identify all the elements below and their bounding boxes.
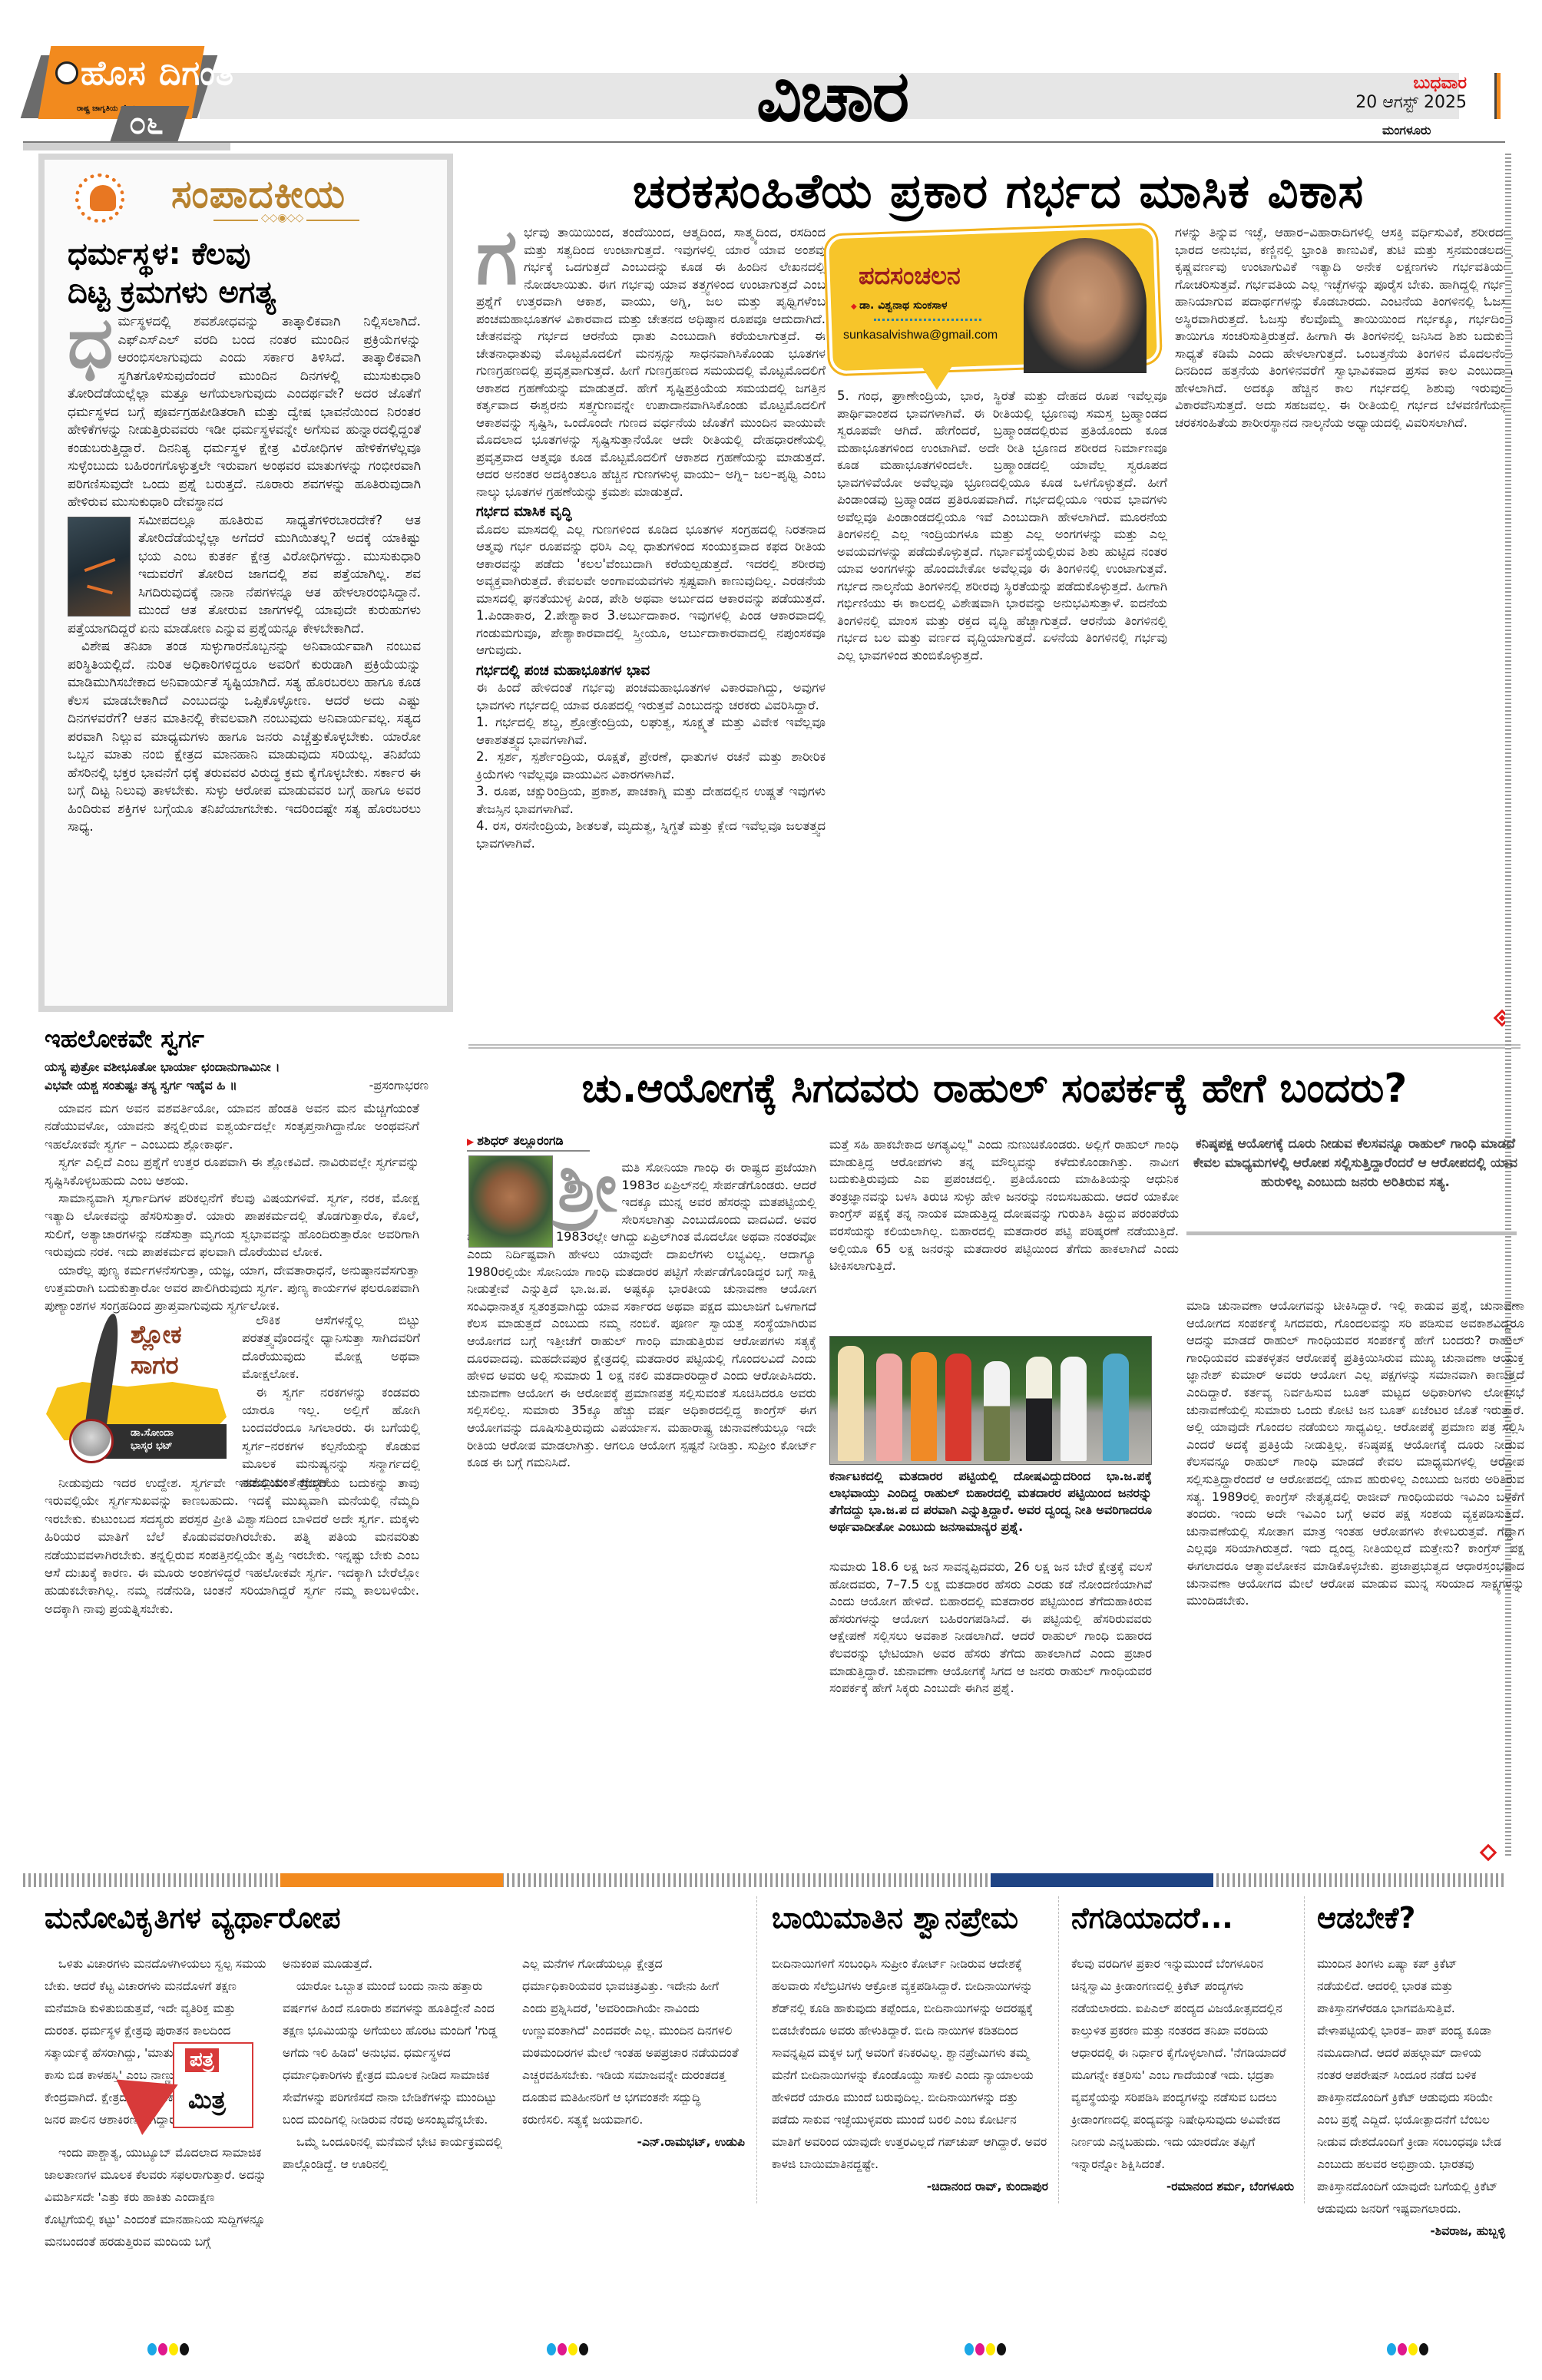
- masked-man-photo: [68, 517, 131, 616]
- article-para: ಗಳನ್ನು ತಿನ್ನುವ ಇಚ್ಛೆ, ಆಹಾರ–ವಿಹಾರಾದಿಗಳಲ್ಲ…: [1175, 224, 1513, 431]
- editorial-para: ವಿಶೇಷ ತನಿಖಾ ತಂಡ ಸುಳ್ಳುಗಾರನೊಬ್ಬನನ್ನು ಅನಿವ…: [68, 639, 421, 835]
- letter-title[interactable]: ಮನೋವಿಕೃತಿಗಳ ವ್ಯರ್ಥಾರೋಪ: [45, 1901, 340, 1935]
- editorial-body: ಧ ರ್ಮಸ್ಥಳದಲ್ಲಿ ಶವಶೋಧವನ್ನು ತಾತ್ಕಾಲಿಕವಾಗಿ …: [68, 313, 421, 837]
- masthead: ಹೊಸ ದಿಗಂತ ರಾಷ್ಟ್ರ ಜಾಗೃತಿಯ ದೈನಿಕ ೦೬ ವಿಚಾರ…: [0, 0, 1542, 146]
- column-divider: [1304, 1896, 1305, 2203]
- rahul-column-2: ಮತ್ತೆ ಸಹಿ ಹಾಕಬೇಕಾದ ಅಗತ್ಯವಿಲ್ಲ" ಎಂದು ನುಣು…: [829, 1136, 1179, 1275]
- column-divider: [756, 1896, 757, 2203]
- list-item: 2. ಸ್ಪರ್ಶ, ಸ್ಪರ್ಶೇಂದ್ರಿಯ, ರೂಕ್ಷತೆ, ಪ್ರೇರ…: [476, 749, 826, 783]
- page-number: ೦೬: [129, 106, 164, 141]
- article-column-1: ಗ ರ್ಭವು ತಾಯಿಯಿಂದ, ತಂದೆಯಿಂದ, ಆತ್ಮದಿಂದ, ಸಾ…: [476, 224, 826, 852]
- editorial-emblem-icon: [75, 174, 124, 223]
- masthead-graybar: [23, 143, 230, 150]
- newspaper-logo[interactable]: ಹೊಸ ದಿಗಂತ: [81, 54, 234, 93]
- shloka-side-column: ಲೌಕಿಕ ಆಸೆಗಳನ್ನೆಲ್ಲ ಬಿಟ್ಟು ಪರತತ್ತ್ವವೊಂದನ್…: [242, 1311, 420, 1491]
- shloka-para: ಲೌಕಿಕ ಆಸೆಗಳನ್ನೆಲ್ಲ ಬಿಟ್ಟು ಪರತತ್ತ್ವವೊಂದನ್…: [242, 1311, 420, 1383]
- columnist-email-link[interactable]: sunkasalvishwa@gmail.com: [843, 329, 998, 342]
- author-avatar: [69, 1419, 114, 1463]
- photo-caption: ಕರ್ನಾಟಕದಲ್ಲಿ ಮತದಾರರ ಪಟ್ಟಿಯಲ್ಲಿ ದೋಷವಿದ್ದು…: [829, 1468, 1152, 1535]
- shloka-para: ನೀಡುವುದು ಇದರ ಉದ್ದೇಶ. ಸ್ವರ್ಗವೇ ಇಹದಲ್ಲಿಯೇ …: [45, 1474, 419, 1618]
- article-column-2: 5. ಗಂಧ, ಘ್ರಾಣೇಂದ್ರಿಯ, ಭಾರ, ಸ್ಥಿರತೆ ಮತ್ತು…: [837, 388, 1167, 664]
- column-divider: [1058, 1896, 1059, 2203]
- registration-marks: [1387, 2343, 1428, 2355]
- byline: ಶಶಿಧರ್ ತಲ್ಲೂರಂಗಡಿ: [467, 1133, 564, 1149]
- section-title: ವಿಚಾರ: [756, 55, 908, 139]
- editorial-para: ರ್ಮಸ್ಥಳದಲ್ಲಿ ಶವಶೋಧವನ್ನು ತಾತ್ಕಾಲಿಕವಾಗಿ ನಿ…: [68, 314, 421, 510]
- letters-strip-orange: [280, 1873, 503, 1887]
- letter-column: ಎಲ್ಲ ಮನೆಗಳ ಗೋಡೆಯಲ್ಲೂ ಕ್ಷೇತ್ರದ ಧರ್ಮಾಧಿಕಾರ…: [522, 1953, 745, 2154]
- badge-title: ಶ್ಲೋಕ ಸಾಗರ: [131, 1319, 182, 1380]
- registration-marks: [965, 2343, 1006, 2355]
- verse-line: ವಿಭವೇ ಯಶ್ಚ ಸಂತುಷ್ಟಃ ತಸ್ಯ ಸ್ವರ್ಗ ಇಹೈವ ಹಿ …: [45, 1078, 237, 1092]
- article-para: ಮೊದಲ ಮಾಸದಲ್ಲಿ ಎಲ್ಲ ಗುಣಗಳಿಂದ ಕೂಡಿದ ಭೂತಗಳ …: [476, 521, 826, 659]
- registration-marks: [147, 2343, 189, 2355]
- dropcap: ಧ: [68, 313, 113, 373]
- editorial-title-line1: ಧರ್ಮಸ್ಥಳ: ಕೆಲವು: [68, 236, 250, 272]
- letter-title[interactable]: ಆಡಬೇಕೆ?: [1317, 1901, 1415, 1935]
- article-para: ಸುಮಾರು 18.6 ಲಕ್ಷ ಜನ ಸಾವನ್ನಪ್ಪಿದವರು, 26 ಲ…: [829, 1559, 1152, 1697]
- patra-mitra-badge: ಪತ್ರ ಮಿತ್ರ: [127, 2042, 256, 2134]
- list-item: 4. ರಸ, ರಸನೇಂದ್ರಿಯ, ಶೀತಲತೆ, ಮೃದುತ್ವ, ಸ್ನಿ…: [476, 818, 826, 852]
- article-para: 5. ಗಂಧ, ಘ್ರಾಣೇಂದ್ರಿಯ, ಭಾರ, ಸ್ಥಿರತೆ ಮತ್ತು…: [837, 388, 1167, 664]
- shloka-author: ಡಾ.ಸೋಂದಾ ಭಾಸ್ಕರ ಭಟ್: [131, 1426, 174, 1453]
- rahul-with-voters-photo[interactable]: [829, 1336, 1152, 1465]
- main-headline[interactable]: ಚರಕಸಂಹಿತೆಯ ಪ್ರಕಾರ ಗರ್ಭದ ಮಾಸಿಕ ವಿಕಾಸ: [476, 163, 1520, 220]
- columnist-card: ಪದಸಂಚಲನ ಡಾ. ವಿಶ್ವನಾಥ ಸುಂಕಸಾಳ sunkasalvis…: [828, 223, 1166, 376]
- logo-emblem-icon: [55, 61, 78, 84]
- letters-strip-blue: [991, 1873, 1213, 1887]
- list-item: 1. ಗರ್ಭದಲ್ಲಿ ಶಬ್ದ, ಶ್ರೋತ್ರೇಂದ್ರಿಯ, ಲಘುತ್…: [476, 714, 826, 749]
- article-para: ಮತ್ತೆ ಸಹಿ ಹಾಕಬೇಕಾದ ಅಗತ್ಯವಿಲ್ಲ" ಎಂದು ನುಣು…: [829, 1136, 1179, 1275]
- letter-column: ಕೆಲವು ವರದಿಗಳ ಪ್ರಕಾರ ಇನ್ನುಮುಂದೆ ಬೆಂಗಳೂರಿನ…: [1071, 1953, 1294, 2198]
- columnist-author: ಡಾ. ವಿಶ್ವನಾಥ ಸುಂಕಸಾಳ: [851, 299, 947, 312]
- article-para: ಮಾಡಿ ಚುನಾವಣಾ ಆಯೋಗವನ್ನು ಟೀಕಿಸಿದ್ದಾರೆ. ಇಲ್…: [1186, 1297, 1524, 1610]
- subheading: ಗರ್ಭದ ಮಾಸಿಕ ವೃದ್ಧಿ: [476, 504, 826, 521]
- verse-line: ಯಸ್ಯ ಪುತ್ರೋ ವಶೀಭೂತೋ ಭಾರ್ಯಾ ಛಂದಾನುಗಾಮಿನೀ …: [45, 1058, 429, 1076]
- verse-source: -ಪ್ರಸಂಗಾಭರಣ: [369, 1076, 429, 1095]
- dropcap: ಗ: [476, 224, 518, 290]
- letter-signature: -ಶಿವರಾಜ, ಹುಬ್ಬಳ್ಳಿ: [1317, 2220, 1505, 2243]
- shloka-para: ಯಾರೆಲ್ಲ ಪುಣ್ಯ ಕರ್ಮಗಳನೆಸಗುತ್ತಾ, ಯಜ್ಞ, ಯಾಗ…: [45, 1261, 419, 1315]
- letter-column: ಇಂದು ಪಾಶ್ಚಾತ್ಯ, ಯುಟ್ಯೂಬ್ ಮೊದಲಾದ ಸಾಮಾಜಿಕ …: [45, 2142, 267, 2253]
- badge-word-1: ಪತ್ರ: [185, 2048, 219, 2072]
- rahul-column-3: ಮಾಡಿ ಚುನಾವಣಾ ಆಯೋಗವನ್ನು ಟೀಕಿಸಿದ್ದಾರೆ. ಇಲ್…: [1186, 1297, 1524, 1610]
- columnist-photo: [1024, 238, 1147, 373]
- editorial-box: ಸಂಪಾದಕೀಯ ಧರ್ಮಸ್ಥಳ: ಕೆಲವು ದಿಟ್ಟ ಕ್ರಮಗಳು ಅ…: [38, 154, 453, 1012]
- issue-date: 20 ಆಗಸ್ಟ್ 2025: [1352, 93, 1467, 112]
- list-item: 3. ರೂಪ, ಚಕ್ಷುರಿಂದ್ರಿಯ, ಪ್ರಕಾಶ, ಪಾಚಕಾಗ್ನಿ…: [476, 783, 826, 818]
- accent-bar: [1494, 73, 1501, 119]
- badge-word-2: ಮಿತ್ರ: [188, 2085, 226, 2115]
- edition-city: ಮಂಗಳೂರು: [1382, 123, 1431, 138]
- shloka-verse: ಯಸ್ಯ ಪುತ್ರೋ ವಶೀಭೂತೋ ಭಾರ್ಯಾ ಛಂದಾನುಗಾಮಿನೀ …: [45, 1058, 429, 1095]
- ornament-divider: [213, 220, 359, 221]
- letter-signature: -ಎನ್.ರಾಮಭಟ್, ಉಡುಪಿ: [522, 2131, 745, 2154]
- letter-column: ಬೀದಿನಾಯಿಗಳಿಗೆ ಸಂಬಂಧಿಸಿ ಸುಪ್ರೀಂ ಕೋರ್ಟ್ ನೀ…: [772, 1953, 1048, 2198]
- letters-strip: [23, 1873, 1505, 1887]
- letter-column: ಅನುಕಂಪ ಮೂಡುತ್ತದೆ. ಯಾರೋ ಒಬ್ಬಾತ ಮುಂದೆ ಬಂದು…: [283, 1953, 505, 2176]
- letter-signature: -ರಮಾನಂದ ಶರ್ಮ, ಬೆಂಗಳೂರು: [1071, 2176, 1294, 2198]
- shloka-para: ಸ್ವರ್ಗ ಎಲ್ಲಿದೆ ಎಂಬ ಪ್ರಶ್ನೆಗೆ ಉತ್ತರ ರೂಪವಾ…: [45, 1153, 419, 1189]
- shloka-bottom-text: ನೀಡುವುದು ಇದರ ಉದ್ದೇಶ. ಸ್ವರ್ಗವೇ ಇಹದಲ್ಲಿಯೇ …: [45, 1474, 419, 1618]
- shloka-para: ಯಾವನ ಮಗ ಅವನ ವಶವರ್ತಿಯೋ, ಯಾವನ ಹೆಂಡತಿ ಅವನ ಮ…: [45, 1099, 419, 1153]
- masthead-rule: [23, 141, 1505, 143]
- section-divider: [468, 1044, 1520, 1049]
- pull-quote-rule: [1186, 1231, 1517, 1235]
- dropcap: ಶ್ರೀ: [558, 1159, 617, 1216]
- letter-title[interactable]: ನೆಗಡಿಯಾದರೆ...: [1071, 1901, 1233, 1935]
- end-of-article-icon: [1480, 1844, 1497, 1862]
- weekday: ಬುಧವಾರ: [1352, 74, 1467, 93]
- speech-tail: [920, 364, 954, 390]
- pull-quote: ಕನಿಷ್ಠಪಕ್ಷ ಆಯೋಗಕ್ಕೆ ದೂರು ನೀಡುವ ಕೆಲಸವನ್ನೂ…: [1186, 1135, 1524, 1192]
- editorial-title[interactable]: ಧರ್ಮಸ್ಥಳ: ಕೆಲವು ದಿಟ್ಟ ಕ್ರಮಗಳು ಅಗತ್ಯ: [68, 235, 421, 312]
- article-para: ಈ ಹಿಂದೆ ಹೇಳಿದಂತೆ ಗರ್ಭವು ಪಂಚಮಹಾಭೂತಗಳ ವಿಕಾ…: [476, 679, 826, 714]
- author-photo: [468, 1155, 553, 1248]
- dotted-divider: [874, 319, 981, 321]
- letter-signature: -ಚಿದಾನಂದ ರಾವ್, ಕುಂದಾಪುರ: [772, 2176, 1048, 2198]
- article-column-3: ಗಳನ್ನು ತಿನ್ನುವ ಇಚ್ಛೆ, ಆಹಾರ–ವಿಹಾರಾದಿಗಳಲ್ಲ…: [1175, 224, 1513, 431]
- letter-column: ಮುಂದಿನ ತಿಂಗಳು ಏಷ್ಯಾ ಕಪ್ ಕ್ರಿಕೆಟ್ ನಡೆಯಲಿದ…: [1317, 1953, 1505, 2243]
- shloka-title[interactable]: ಇಹಲೋಕವೇ ಸ್ವರ್ಗ: [45, 1024, 204, 1054]
- date-block: ಬುಧವಾರ 20 ಆಗಸ್ಟ್ 2025: [1352, 74, 1467, 112]
- rahul-headline[interactable]: ಚು.ಆಯೋಗಕ್ಕೆ ಸಿಗದವರು ರಾಹುಲ್ ಸಂಪರ್ಕಕ್ಕೆ ಹೇ…: [468, 1066, 1520, 1112]
- subheading: ಗರ್ಭದಲ್ಲಿ ಪಂಚ ಮಹಾಭೂತಗಳ ಭಾವ: [476, 663, 826, 680]
- editorial-heading: ಸಂಪಾದಕೀಯ: [171, 172, 346, 217]
- article-para: ರ್ಭವು ತಾಯಿಯಿಂದ, ತಂದೆಯಿಂದ, ಆತ್ಮದಿಂದ, ಸಾತ್…: [476, 225, 826, 499]
- shloka-para: ಸಾಮಾನ್ಯವಾಗಿ ಸ್ವರ್ಗಾದಿಗಳ ಪರಿಕಲ್ಪನೆಗೆ ಕೆಲವ…: [45, 1189, 419, 1261]
- shloka-body: ಯಾವನ ಮಗ ಅವನ ವಶವರ್ತಿಯೋ, ಯಾವನ ಹೆಂಡತಿ ಅವನ ಮ…: [45, 1099, 419, 1315]
- column-name: ಪದಸಂಚಲನ: [859, 261, 961, 291]
- letter-title[interactable]: ಬಾಯಿಮಾತಿನ ಶ್ವಾನಪ್ರೇಮ: [772, 1901, 1018, 1935]
- shloka-sagara-badge: ಶ್ಲೋಕ ಸಾಗರ ಡಾ.ಸೋಂದಾ ಭಾಸ್ಕರ ಭಟ್: [46, 1313, 227, 1459]
- registration-marks: [547, 2343, 588, 2355]
- rahul-column-2-continued: ಸುಮಾರು 18.6 ಲಕ್ಷ ಜನ ಸಾವನ್ನಪ್ಪಿದವರು, 26 ಲ…: [829, 1559, 1152, 1697]
